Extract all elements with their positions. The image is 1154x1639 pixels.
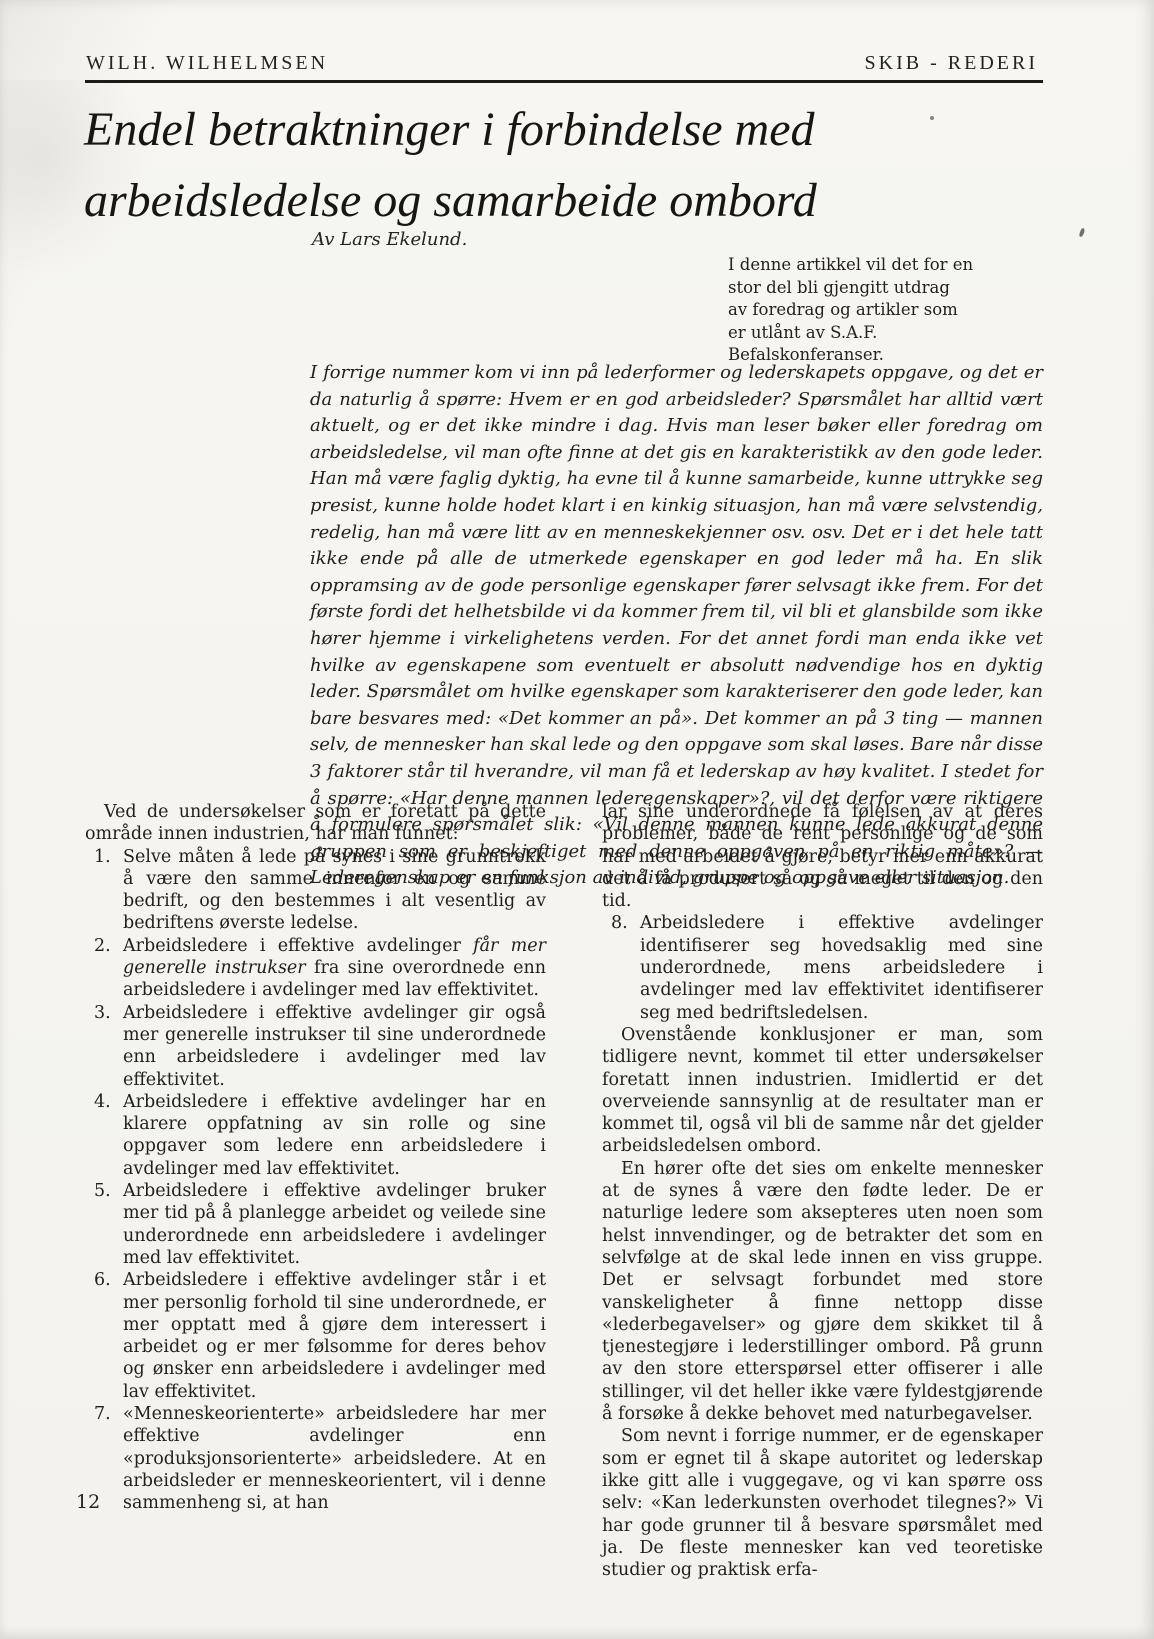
masthead-company: WILH. WILHELMSEN (86, 52, 328, 75)
list-item-number: 1. (85, 846, 123, 868)
intro-note: I denne artikkel vil det for en stor del… (728, 254, 974, 367)
masthead-rule (85, 80, 1043, 83)
article-title-line1: Endel betraktninger i forbindelse med (84, 94, 984, 165)
left-column: Ved de undersøkelser som er foretatt på … (85, 801, 546, 1581)
list-item-number: 8. (602, 912, 640, 934)
right-column: lar sine underordnede få følelsen av at … (602, 801, 1043, 1581)
list-item-number: 2. (85, 935, 123, 957)
list-item: 1.Selve måten å lede på synes i sine gru… (85, 846, 546, 935)
masthead-section: SKIB - REDERI (865, 52, 1038, 75)
list-item-text: Arbeidsledere i effektive avdelinger får… (123, 935, 546, 1002)
left-column-intro: Ved de undersøkelser som er foretatt på … (85, 801, 546, 846)
list-item: 6.Arbeidsledere i effektive avdelinger s… (85, 1269, 546, 1403)
list-item-text: Arbeidsledere i effektive avdelinger stå… (123, 1269, 546, 1403)
list-item: 3.Arbeidsledere i effektive avdelinger g… (85, 1002, 546, 1091)
body-paragraph: En hører ofte det sies om enkelte mennes… (602, 1158, 1043, 1426)
list-item-number: 4. (85, 1091, 123, 1113)
list-item: 7.«Menneskeorienterte» arbeidsledere har… (85, 1403, 546, 1514)
list-item-number: 7. (85, 1403, 123, 1425)
list-item: 4.Arbeidsledere i effektive avdelinger h… (85, 1091, 546, 1180)
magazine-page: WILH. WILHELMSEN SKIB - REDERI Endel bet… (0, 0, 1154, 1639)
list-item-text: Arbeidsledere i effektive avdelinger gir… (123, 1002, 546, 1091)
list-item-text: Selve måten å lede på synes i sine grunn… (123, 846, 546, 935)
list-item-number: 6. (85, 1269, 123, 1291)
scan-speck (1079, 228, 1086, 238)
list-item-text: Arbeidsledere i effektive avdelinger bru… (123, 1180, 546, 1269)
list-item: 2.Arbeidsledere i effektive avdelinger f… (85, 935, 546, 1002)
findings-list: 1.Selve måten å lede på synes i sine gru… (85, 846, 546, 1515)
list-item-text: Arbeidsledere i effektive avdelinger har… (123, 1091, 546, 1180)
list-item: 8. Arbeidsledere i effektive avdelinger … (602, 912, 1043, 1023)
body-paragraph: Som nevnt i forrige nummer, er de egensk… (602, 1425, 1043, 1581)
body-paragraph: Ovenstående konklusjoner er man, som tid… (602, 1024, 1043, 1158)
list-item-text: Arbeidsledere i effektive avdelinger ide… (640, 912, 1043, 1023)
list-item-number: 3. (85, 1002, 123, 1024)
page-number: 12 (76, 1491, 100, 1513)
item7-continuation: lar sine underordnede få følelsen av at … (602, 801, 1043, 912)
article-title-line2: arbeidsledelse og samarbeide ombord (84, 165, 984, 236)
article-title: Endel betraktninger i forbindelse med ar… (84, 94, 984, 236)
list-item: 5.Arbeidsledere i effektive avdelinger b… (85, 1180, 546, 1269)
list-item-number: 5. (85, 1180, 123, 1202)
list-item-text: «Menneskeorienterte» arbeidsledere har m… (123, 1403, 546, 1514)
body-columns: Ved de undersøkelser som er foretatt på … (85, 801, 1043, 1581)
byline: Av Lars Ekelund. (312, 229, 467, 250)
